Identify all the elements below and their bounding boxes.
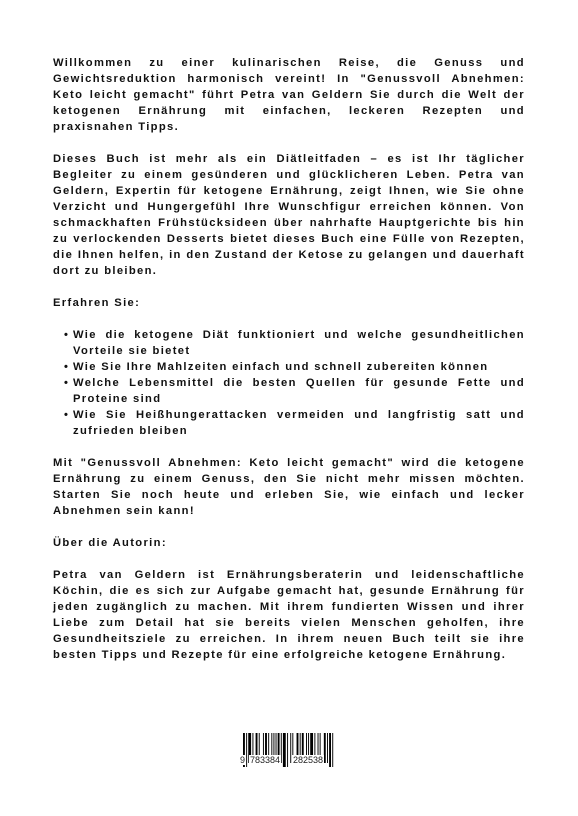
back-cover-text: Willkommen zu einer kulinarischen Reise,… bbox=[53, 55, 525, 679]
barcode-left-digits: 783384 bbox=[249, 755, 281, 765]
list-item: •Wie Sie Heißhungerattacken vermeiden un… bbox=[73, 407, 525, 439]
closing-paragraph: Mit "Genussvoll Abnehmen: Keto leicht ge… bbox=[53, 455, 525, 519]
barcode-first-digit: 9 bbox=[239, 755, 246, 765]
description-paragraph: Dieses Buch ist mehr als ein Diätleitfad… bbox=[53, 151, 525, 279]
author-bio-paragraph: Petra van Geldern ist Ernährungsberateri… bbox=[53, 567, 525, 663]
author-heading: Über die Autorin: bbox=[53, 535, 525, 551]
barcode-right-digits: 282538 bbox=[292, 755, 324, 765]
bullet-icon: • bbox=[64, 359, 68, 375]
learn-heading: Erfahren Sie: bbox=[53, 295, 525, 311]
bullet-icon: • bbox=[64, 375, 68, 391]
learn-list: •Wie die ketogene Diät funktioniert und … bbox=[53, 327, 525, 439]
list-item: •Wie Sie Ihre Mahlzeiten einfach und sch… bbox=[73, 359, 525, 375]
list-item: •Wie die ketogene Diät funktioniert und … bbox=[73, 327, 525, 359]
bullet-icon: • bbox=[64, 407, 68, 423]
bullet-icon: • bbox=[64, 327, 68, 343]
intro-paragraph: Willkommen zu einer kulinarischen Reise,… bbox=[53, 55, 525, 135]
isbn-barcode: 9 783384 282538 bbox=[240, 733, 340, 767]
list-item: •Welche Lebensmittel die besten Quellen … bbox=[73, 375, 525, 407]
